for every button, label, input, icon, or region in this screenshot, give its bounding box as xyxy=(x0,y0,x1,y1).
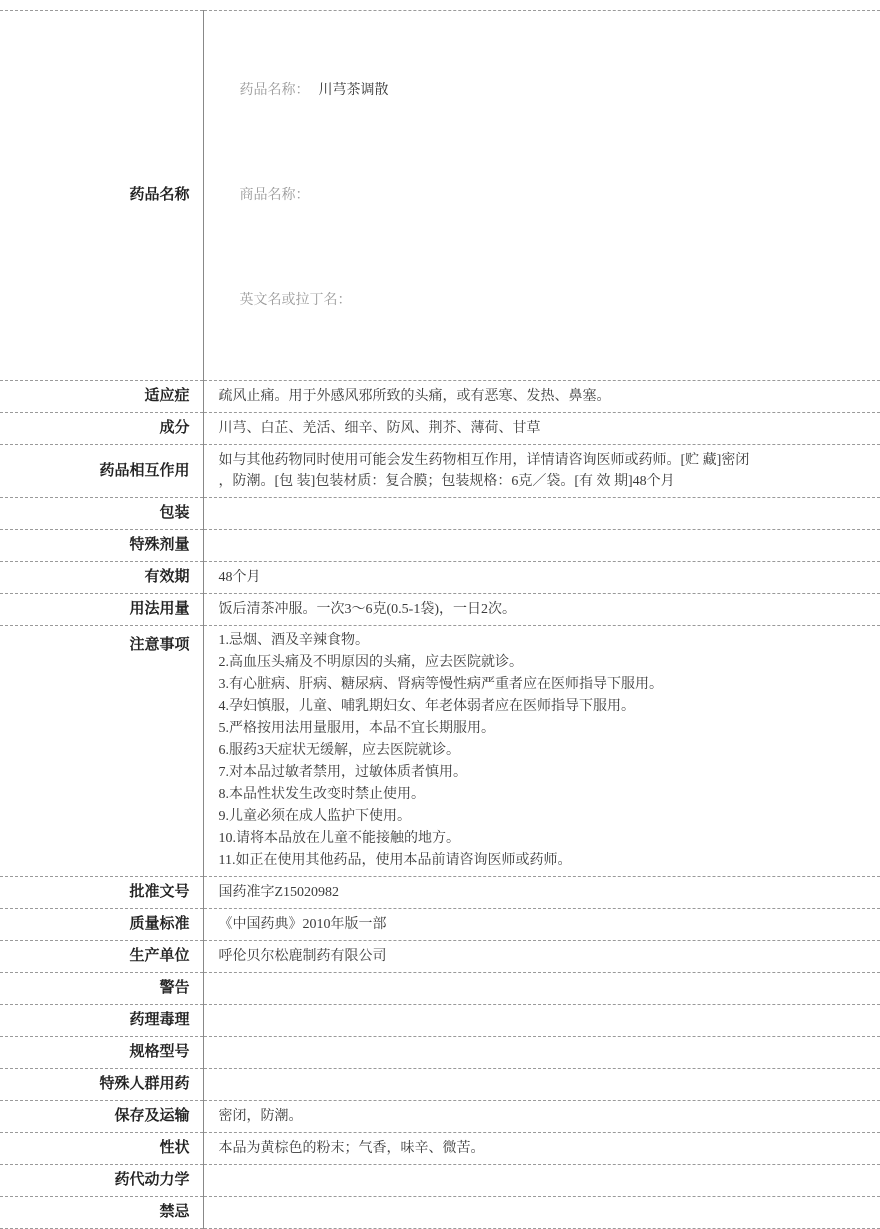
table-row-manufacturer: 生产单位 呼伦贝尔松鹿制药有限公司 xyxy=(0,941,880,973)
table-row-shelf-life: 有效期 48个月 xyxy=(0,562,880,594)
table-row-pharmacology-toxicology: 药理毒理 xyxy=(0,1005,880,1037)
table-row-warnings: 警告 xyxy=(0,973,880,1005)
table-row-specification-model: 规格型号 xyxy=(0,1037,880,1069)
row-label-drug-name: 药品名称 xyxy=(0,11,203,381)
precautions-value: 1.忌烟、酒及辛辣食物。 2.高血压头痛及不明原因的头痛，应去医院就诊。 3.有… xyxy=(203,626,880,877)
table-row-description: 性状 本品为黄棕色的粉末；气香，味辛、微苦。 xyxy=(0,1133,880,1165)
row-label-precautions: 注意事项 xyxy=(0,626,203,877)
table-row-drug-name: 药品名称 药品名称：川芎茶调散 商品名称： 英文名或拉丁名： xyxy=(0,11,880,381)
row-label-contraindications: 禁忌 xyxy=(0,1197,203,1229)
row-label-quality-standard: 质量标准 xyxy=(0,909,203,941)
indications-value: 疏风止痛。用于外感风邪所致的头痛，或有恶寒、发热、鼻塞。 xyxy=(203,381,880,413)
special-dosage-value xyxy=(203,530,880,562)
row-label-special-populations: 特殊人群用药 xyxy=(0,1069,203,1101)
description-value: 本品为黄棕色的粉末；气香，味辛、微苦。 xyxy=(203,1133,880,1165)
table-row-special-dosage: 特殊剂量 xyxy=(0,530,880,562)
drug-name-cell: 药品名称：川芎茶调散 商品名称： 英文名或拉丁名： xyxy=(203,11,880,381)
row-label-description: 性状 xyxy=(0,1133,203,1165)
row-label-pharmacology-toxicology: 药理毒理 xyxy=(0,1005,203,1037)
row-label-drug-interactions: 药品相互作用 xyxy=(0,445,203,498)
drug-name-line: 药品名称：川芎茶调散 xyxy=(212,59,871,122)
drug-name-sublabel: 药品名称： xyxy=(240,83,310,98)
drug-interactions-value: 如与其他药物同时使用可能会发生药物相互作用，详情请咨询医师或药师。[贮 藏]密闭… xyxy=(203,445,880,498)
table-row-dosage-usage: 用法用量 饭后清茶冲服。一次3～6克(0.5-1袋)，一日2次。 xyxy=(0,594,880,626)
drug-name-value: 川芎茶调散 xyxy=(319,83,389,98)
table-row-ingredients: 成分 川芎、白芷、羌活、细辛、防风、荆芥、薄荷、甘草 xyxy=(0,413,880,445)
table-row-precautions: 注意事项 1.忌烟、酒及辛辣食物。 2.高血压头痛及不明原因的头痛，应去医院就诊… xyxy=(0,626,880,877)
ingredients-value: 川芎、白芷、羌活、细辛、防风、荆芥、薄荷、甘草 xyxy=(203,413,880,445)
approval-number-value: 国药准字Z15020982 xyxy=(203,877,880,909)
dosage-usage-value: 饭后清茶冲服。一次3～6克(0.5-1袋)，一日2次。 xyxy=(203,594,880,626)
packaging-value xyxy=(203,498,880,530)
quality-standard-value: 《中国药典》2010年版一部 xyxy=(203,909,880,941)
english-name-line: 英文名或拉丁名： xyxy=(212,269,871,332)
warnings-value xyxy=(203,973,880,1005)
row-label-warnings: 警告 xyxy=(0,973,203,1005)
row-label-packaging: 包装 xyxy=(0,498,203,530)
table-row-approval-number: 批准文号 国药准字Z15020982 xyxy=(0,877,880,909)
storage-transport-value: 密闭，防潮。 xyxy=(203,1101,880,1133)
row-label-approval-number: 批准文号 xyxy=(0,877,203,909)
row-label-special-dosage: 特殊剂量 xyxy=(0,530,203,562)
table-row-packaging: 包装 xyxy=(0,498,880,530)
table-row-pharmacokinetics: 药代动力学 xyxy=(0,1165,880,1197)
specification-model-value xyxy=(203,1037,880,1069)
row-label-indications: 适应症 xyxy=(0,381,203,413)
table-row-drug-interactions: 药品相互作用 如与其他药物同时使用可能会发生药物相互作用，详情请咨询医师或药师。… xyxy=(0,445,880,498)
row-label-shelf-life: 有效期 xyxy=(0,562,203,594)
table-row-contraindications: 禁忌 xyxy=(0,1197,880,1229)
table-row-special-populations: 特殊人群用药 xyxy=(0,1069,880,1101)
row-label-manufacturer: 生产单位 xyxy=(0,941,203,973)
special-populations-value xyxy=(203,1069,880,1101)
shelf-life-value: 48个月 xyxy=(203,562,880,594)
drug-info-table: 药品名称 药品名称：川芎茶调散 商品名称： 英文名或拉丁名： 适应症 疏风止痛。… xyxy=(0,10,880,1229)
row-label-ingredients: 成分 xyxy=(0,413,203,445)
manufacturer-value: 呼伦贝尔松鹿制药有限公司 xyxy=(203,941,880,973)
english-name-sublabel: 英文名或拉丁名： xyxy=(240,293,352,308)
contraindications-value xyxy=(203,1197,880,1229)
table-row-indications: 适应症 疏风止痛。用于外感风邪所致的头痛，或有恶寒、发热、鼻塞。 xyxy=(0,381,880,413)
trade-name-line: 商品名称： xyxy=(212,164,871,227)
pharmacokinetics-value xyxy=(203,1165,880,1197)
table-row-storage-transport: 保存及运输 密闭，防潮。 xyxy=(0,1101,880,1133)
row-label-storage-transport: 保存及运输 xyxy=(0,1101,203,1133)
trade-name-sublabel: 商品名称： xyxy=(240,188,310,203)
table-row-quality-standard: 质量标准 《中国药典》2010年版一部 xyxy=(0,909,880,941)
row-label-pharmacokinetics: 药代动力学 xyxy=(0,1165,203,1197)
row-label-dosage-usage: 用法用量 xyxy=(0,594,203,626)
row-label-specification-model: 规格型号 xyxy=(0,1037,203,1069)
pharmacology-toxicology-value xyxy=(203,1005,880,1037)
